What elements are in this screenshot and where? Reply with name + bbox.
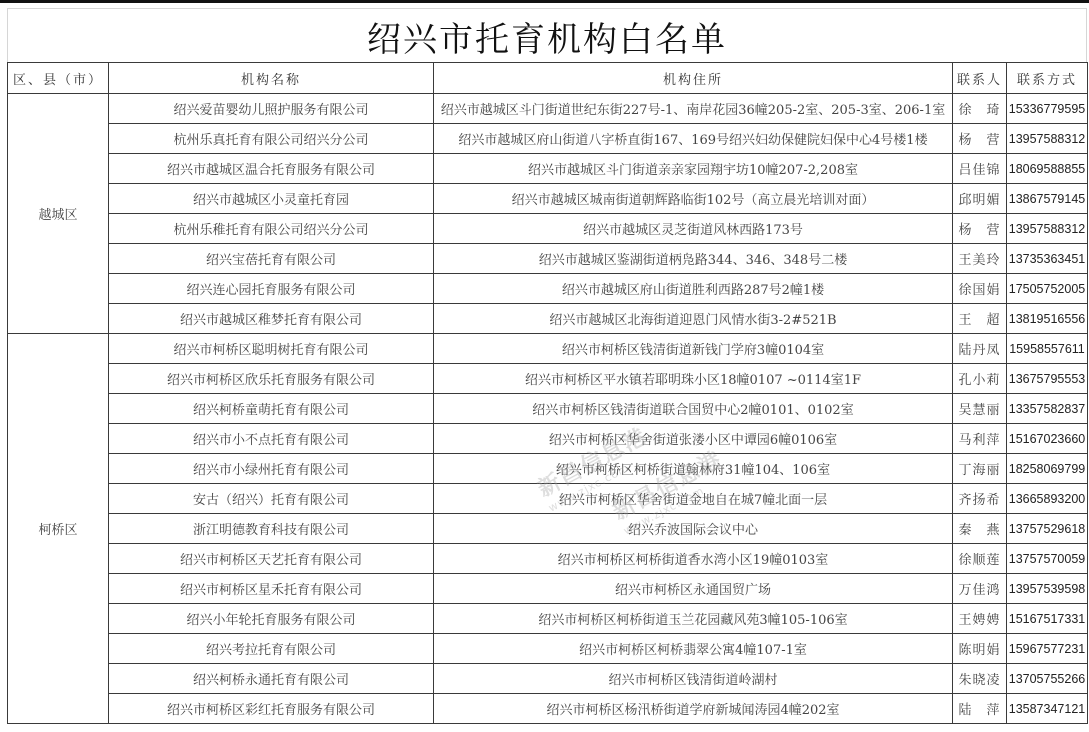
contact-cell: 陆 萍 [953,694,1007,724]
phone-cell: 13665893200 [1007,484,1088,514]
name-cell: 绍兴柯桥童萌托育有限公司 [109,394,434,424]
name-cell: 绍兴连心园托育服务有限公司 [109,274,434,304]
table-row: 绍兴市小不点托育有限公司绍兴市柯桥区华舍街道张溇小区中谭园6幢0106室马利萍1… [8,424,1088,454]
table-row: 绍兴市柯桥区天艺托育有限公司绍兴市柯桥区柯桥街道香水湾小区19幢0103室徐顺莲… [8,544,1088,574]
address-cell: 绍兴市柯桥区华舍街道金地自在城7幢北面一层 [434,484,953,514]
phone-cell: 18069588855 [1007,154,1088,184]
table-row: 柯桥区绍兴市柯桥区聪明树托育有限公司绍兴市柯桥区钱清街道新钱门学府3幢0104室… [8,334,1088,364]
phone-cell: 13757570059 [1007,544,1088,574]
name-cell: 安古（绍兴）托育有限公司 [109,484,434,514]
phone-cell: 13957588312 [1007,214,1088,244]
table-row: 绍兴考拉托育有限公司绍兴市柯桥区柯桥翡翠公寓4幢107-1室陈明娟1596757… [8,634,1088,664]
whitelist-table: 区、县（市） 机构名称 机构住所 联系人 联系方式 越城区绍兴爱苗婴幼儿照护服务… [7,62,1088,724]
phone-cell: 13757529618 [1007,514,1088,544]
contact-cell: 秦 燕 [953,514,1007,544]
contact-cell: 朱晓凌 [953,664,1007,694]
address-cell: 绍兴市越城区斗门街道亲亲家园翔宇坊10幢207-2,208室 [434,154,953,184]
name-cell: 绍兴考拉托育有限公司 [109,634,434,664]
contact-cell: 徐顺莲 [953,544,1007,574]
table-row: 浙江明德教育科技有限公司绍兴乔波国际会议中心秦 燕13757529618 [8,514,1088,544]
header-address: 机构住所 [434,63,953,94]
contact-cell: 吴慧丽 [953,394,1007,424]
address-cell: 绍兴市柯桥区钱清街道联合国贸中心2幢0101、0102室 [434,394,953,424]
table-row: 越城区绍兴爱苗婴幼儿照护服务有限公司绍兴市越城区斗门街道世纪东街227号-1、南… [8,94,1088,124]
phone-cell: 13819516556 [1007,304,1088,334]
contact-cell: 王美玲 [953,244,1007,274]
page-title: 绍兴市托育机构白名单 [7,8,1087,62]
header-district: 区、县（市） [8,63,109,94]
contact-cell: 王 超 [953,304,1007,334]
address-cell: 绍兴市柯桥区钱清街道新钱门学府3幢0104室 [434,334,953,364]
address-cell: 绍兴市越城区北海街道迎恩门风情水街3-2#521B [434,304,953,334]
name-cell: 绍兴市柯桥区星禾托育有限公司 [109,574,434,604]
top-border [0,0,1089,3]
table-body: 越城区绍兴爱苗婴幼儿照护服务有限公司绍兴市越城区斗门街道世纪东街227号-1、南… [8,94,1088,724]
address-cell: 绍兴市越城区灵芝街道风林西路173号 [434,214,953,244]
contact-cell: 齐扬希 [953,484,1007,514]
contact-cell: 徐 琦 [953,94,1007,124]
table-row: 绍兴市柯桥区欣乐托育服务有限公司绍兴市柯桥区平水镇若耶明珠小区18幢0107 ~… [8,364,1088,394]
contact-cell: 吕佳锦 [953,154,1007,184]
address-cell: 绍兴市柯桥区钱清街道岭湖村 [434,664,953,694]
contact-cell: 马利萍 [953,424,1007,454]
contact-cell: 丁海丽 [953,454,1007,484]
phone-cell: 17505752005 [1007,274,1088,304]
table-row: 绍兴市越城区小灵童托育园绍兴市越城区城南街道朝辉路临街102号（高立晨光培训对面… [8,184,1088,214]
name-cell: 绍兴宝蓓托育有限公司 [109,244,434,274]
address-cell: 绍兴市越城区鉴湖街道柄凫路344、346、348号二楼 [434,244,953,274]
address-cell: 绍兴市越城区斗门街道世纪东街227号-1、南岸花园36幢205-2室、205-3… [434,94,953,124]
table-row: 杭州乐稚托育有限公司绍兴分公司绍兴市越城区灵芝街道风林西路173号杨 营1395… [8,214,1088,244]
address-cell: 绍兴市柯桥区永通国贸广场 [434,574,953,604]
phone-cell: 13705755266 [1007,664,1088,694]
phone-cell: 15958557611 [1007,334,1088,364]
name-cell: 杭州乐稚托育有限公司绍兴分公司 [109,214,434,244]
name-cell: 绍兴柯桥永通托育有限公司 [109,664,434,694]
address-cell: 绍兴市越城区府山街道八字桥直街167、169号绍兴妇幼保健院妇保中心4号楼1楼 [434,124,953,154]
name-cell: 绍兴市小绿州托育有限公司 [109,454,434,484]
table-row: 绍兴市柯桥区彩红托育服务有限公司绍兴市柯桥区杨汛桥街道学府新城闻涛园4幢202室… [8,694,1088,724]
contact-cell: 邱明媚 [953,184,1007,214]
table-row: 安古（绍兴）托育有限公司绍兴市柯桥区华舍街道金地自在城7幢北面一层齐扬希1366… [8,484,1088,514]
header-phone: 联系方式 [1007,63,1088,94]
header-row: 区、县（市） 机构名称 机构住所 联系人 联系方式 [8,63,1088,94]
address-cell: 绍兴市柯桥区柯桥街道玉兰花园藏风苑3幢105-106室 [434,604,953,634]
address-cell: 绍兴市柯桥区柯桥街道香水湾小区19幢0103室 [434,544,953,574]
address-cell: 绍兴市柯桥区柯桥街道翰林府31幢104、106室 [434,454,953,484]
name-cell: 绍兴市柯桥区欣乐托育服务有限公司 [109,364,434,394]
contact-cell: 王娉娉 [953,604,1007,634]
name-cell: 浙江明德教育科技有限公司 [109,514,434,544]
address-cell: 绍兴市柯桥区杨汛桥街道学府新城闻涛园4幢202室 [434,694,953,724]
phone-cell: 18258069799 [1007,454,1088,484]
table-row: 杭州乐真托育有限公司绍兴分公司绍兴市越城区府山街道八字桥直街167、169号绍兴… [8,124,1088,154]
name-cell: 绍兴市柯桥区彩红托育服务有限公司 [109,694,434,724]
address-cell: 绍兴市柯桥区平水镇若耶明珠小区18幢0107 ~0114室1F [434,364,953,394]
phone-cell: 13957539598 [1007,574,1088,604]
address-cell: 绍兴乔波国际会议中心 [434,514,953,544]
name-cell: 绍兴市越城区温合托育服务有限公司 [109,154,434,184]
address-cell: 绍兴市越城区城南街道朝辉路临街102号（高立晨光培训对面） [434,184,953,214]
table-row: 绍兴小年轮托育服务有限公司绍兴市柯桥区柯桥街道玉兰花园藏风苑3幢105-106室… [8,604,1088,634]
address-cell: 绍兴市越城区府山街道胜利西路287号2幢1楼 [434,274,953,304]
phone-cell: 13587347121 [1007,694,1088,724]
district-cell: 越城区 [8,94,109,334]
contact-cell: 孔小莉 [953,364,1007,394]
name-cell: 绍兴市小不点托育有限公司 [109,424,434,454]
name-cell: 绍兴爱苗婴幼儿照护服务有限公司 [109,94,434,124]
address-cell: 绍兴市柯桥区华舍街道张溇小区中谭园6幢0106室 [434,424,953,454]
phone-cell: 13867579145 [1007,184,1088,214]
name-cell: 绍兴小年轮托育服务有限公司 [109,604,434,634]
contact-cell: 万佳鸿 [953,574,1007,604]
phone-cell: 13357582837 [1007,394,1088,424]
address-cell: 绍兴市柯桥区柯桥翡翠公寓4幢107-1室 [434,634,953,664]
contact-cell: 陆丹凤 [953,334,1007,364]
name-cell: 杭州乐真托育有限公司绍兴分公司 [109,124,434,154]
table-row: 绍兴柯桥童萌托育有限公司绍兴市柯桥区钱清街道联合国贸中心2幢0101、0102室… [8,394,1088,424]
contact-cell: 陈明娟 [953,634,1007,664]
table-row: 绍兴市越城区稚梦托育有限公司绍兴市越城区北海街道迎恩门风情水街3-2#521B王… [8,304,1088,334]
phone-cell: 13675795553 [1007,364,1088,394]
table-row: 绍兴宝蓓托育有限公司绍兴市越城区鉴湖街道柄凫路344、346、348号二楼王美玲… [8,244,1088,274]
whitelist-sheet: 绍兴市托育机构白名单 区、县（市） 机构名称 机构住所 联系人 联系方式 越城区… [7,8,1087,724]
table-row: 绍兴市越城区温合托育服务有限公司绍兴市越城区斗门街道亲亲家园翔宇坊10幢207-… [8,154,1088,184]
table-row: 绍兴连心园托育服务有限公司绍兴市越城区府山街道胜利西路287号2幢1楼徐国娟17… [8,274,1088,304]
name-cell: 绍兴市柯桥区天艺托育有限公司 [109,544,434,574]
contact-cell: 杨 营 [953,214,1007,244]
phone-cell: 13957588312 [1007,124,1088,154]
phone-cell: 13735363451 [1007,244,1088,274]
header-name: 机构名称 [109,63,434,94]
phone-cell: 15167023660 [1007,424,1088,454]
table-row: 绍兴柯桥永通托育有限公司绍兴市柯桥区钱清街道岭湖村朱晓凌13705755266 [8,664,1088,694]
phone-cell: 15336779595 [1007,94,1088,124]
header-contact: 联系人 [953,63,1007,94]
contact-cell: 杨 营 [953,124,1007,154]
name-cell: 绍兴市越城区小灵童托育园 [109,184,434,214]
name-cell: 绍兴市越城区稚梦托育有限公司 [109,304,434,334]
district-cell: 柯桥区 [8,334,109,724]
phone-cell: 15967577231 [1007,634,1088,664]
table-row: 绍兴市小绿州托育有限公司绍兴市柯桥区柯桥街道翰林府31幢104、106室丁海丽1… [8,454,1088,484]
table-row: 绍兴市柯桥区星禾托育有限公司绍兴市柯桥区永通国贸广场万佳鸿13957539598 [8,574,1088,604]
phone-cell: 15167517331 [1007,604,1088,634]
contact-cell: 徐国娟 [953,274,1007,304]
name-cell: 绍兴市柯桥区聪明树托育有限公司 [109,334,434,364]
